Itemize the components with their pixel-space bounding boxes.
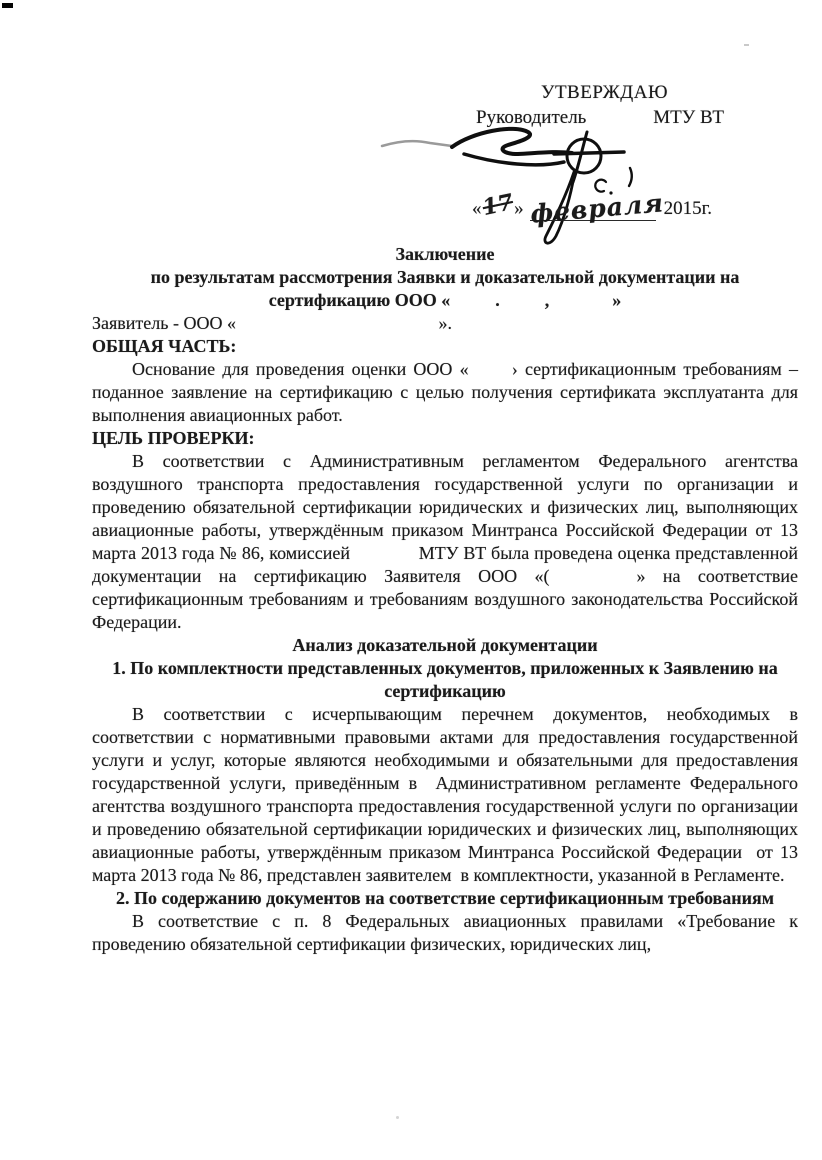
approver-org: МТУ ВТ [653,107,724,129]
document-title-line1: Заключение [92,243,798,266]
scan-artifact-speck [744,44,749,46]
item1-paragraph: В соответствии с исчерпывающим перечнем … [92,703,798,887]
scan-artifact-speck [396,1116,399,1119]
item1-heading: 1. По комплектности представленных докум… [92,657,798,703]
date-underline: февраля [530,191,656,221]
approve-stamp-label: УТВЕРЖДАЮ [541,82,668,104]
close-quote: » [514,198,524,219]
applicant-line: Заявитель - ООО « ». [92,312,798,335]
general-part-paragraph: Основание для проведения оценки ООО « › … [92,358,798,427]
handwritten-day: 17 [480,189,515,221]
analysis-heading: Анализ доказательной документации [92,634,798,657]
item2-paragraph: В соответствие с п. 8 Федеральных авиаци… [92,910,798,956]
document-title-line3: сертификацию ООО « . , » [92,289,798,312]
purpose-heading: ЦЕЛЬ ПРОВЕРКИ: [92,427,798,450]
purpose-paragraph: В соответствии с Административным реглам… [92,450,798,634]
document-page: УТВЕРЖДАЮ Руководитель МТУ ВТ «17»феврал… [0,0,822,1160]
approval-date-line: «17»февраля2015г. [472,191,712,221]
document-title-line2: по результатам рассмотрения Заявки и док… [92,266,798,289]
date-year: 2015г. [664,198,712,219]
scan-artifact-corner-mark [2,3,13,8]
open-quote: « [472,198,482,219]
general-part-heading: ОБЩАЯ ЧАСТЬ: [92,335,798,358]
item2-heading: 2. По содержанию документов на соответст… [92,887,798,910]
document-body: Заключение по результатам рассмотрения З… [92,243,798,956]
